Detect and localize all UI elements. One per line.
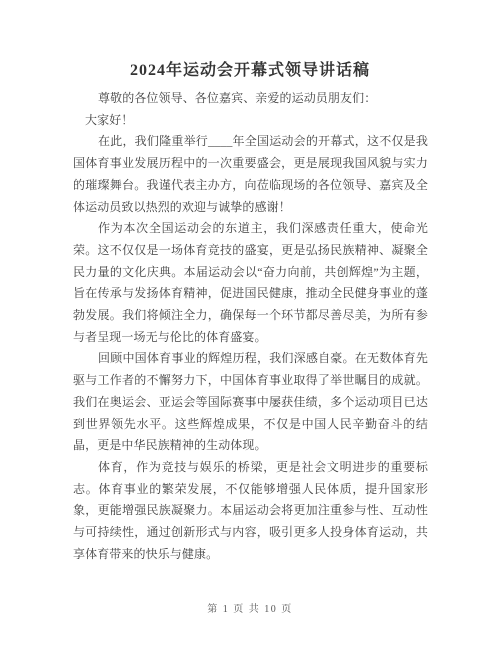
document-body: 尊敬的各位领导、各位嘉宾、亲爱的运动员朋友们： 大家好！ 在此，我们隆重举行__… [73, 88, 428, 565]
paragraph: 在此，我们隆重举行____年全国运动会的开幕式，这不仅是我国体育事业发展历程中的… [73, 131, 428, 218]
salutation-line: 尊敬的各位领导、各位嘉宾、亲爱的运动员朋友们： [73, 88, 428, 110]
paragraph: 体育，作为竞技与娱乐的桥梁，更是社会文明进步的重要标志。体育事业的繁荣发展，不仅… [73, 457, 428, 566]
document-title: 2024年运动会开幕式领导讲话稿 [0, 0, 500, 83]
paragraph: 回顾中国体育事业的辉煌历程，我们深感自豪。在无数体育先驱与工作者的不懈努力下，中… [73, 348, 428, 457]
document-page: 2024年运动会开幕式领导讲话稿 尊敬的各位领导、各位嘉宾、亲爱的运动员朋友们：… [0, 0, 500, 647]
greeting-line: 大家好！ [73, 110, 428, 132]
paragraph: 作为本次全国运动会的东道主，我们深感责任重大，使命光荣。这不仅仅是一场体育竞技的… [73, 218, 428, 348]
page-number-indicator: 第 1 页 共 10 页 [0, 600, 500, 615]
